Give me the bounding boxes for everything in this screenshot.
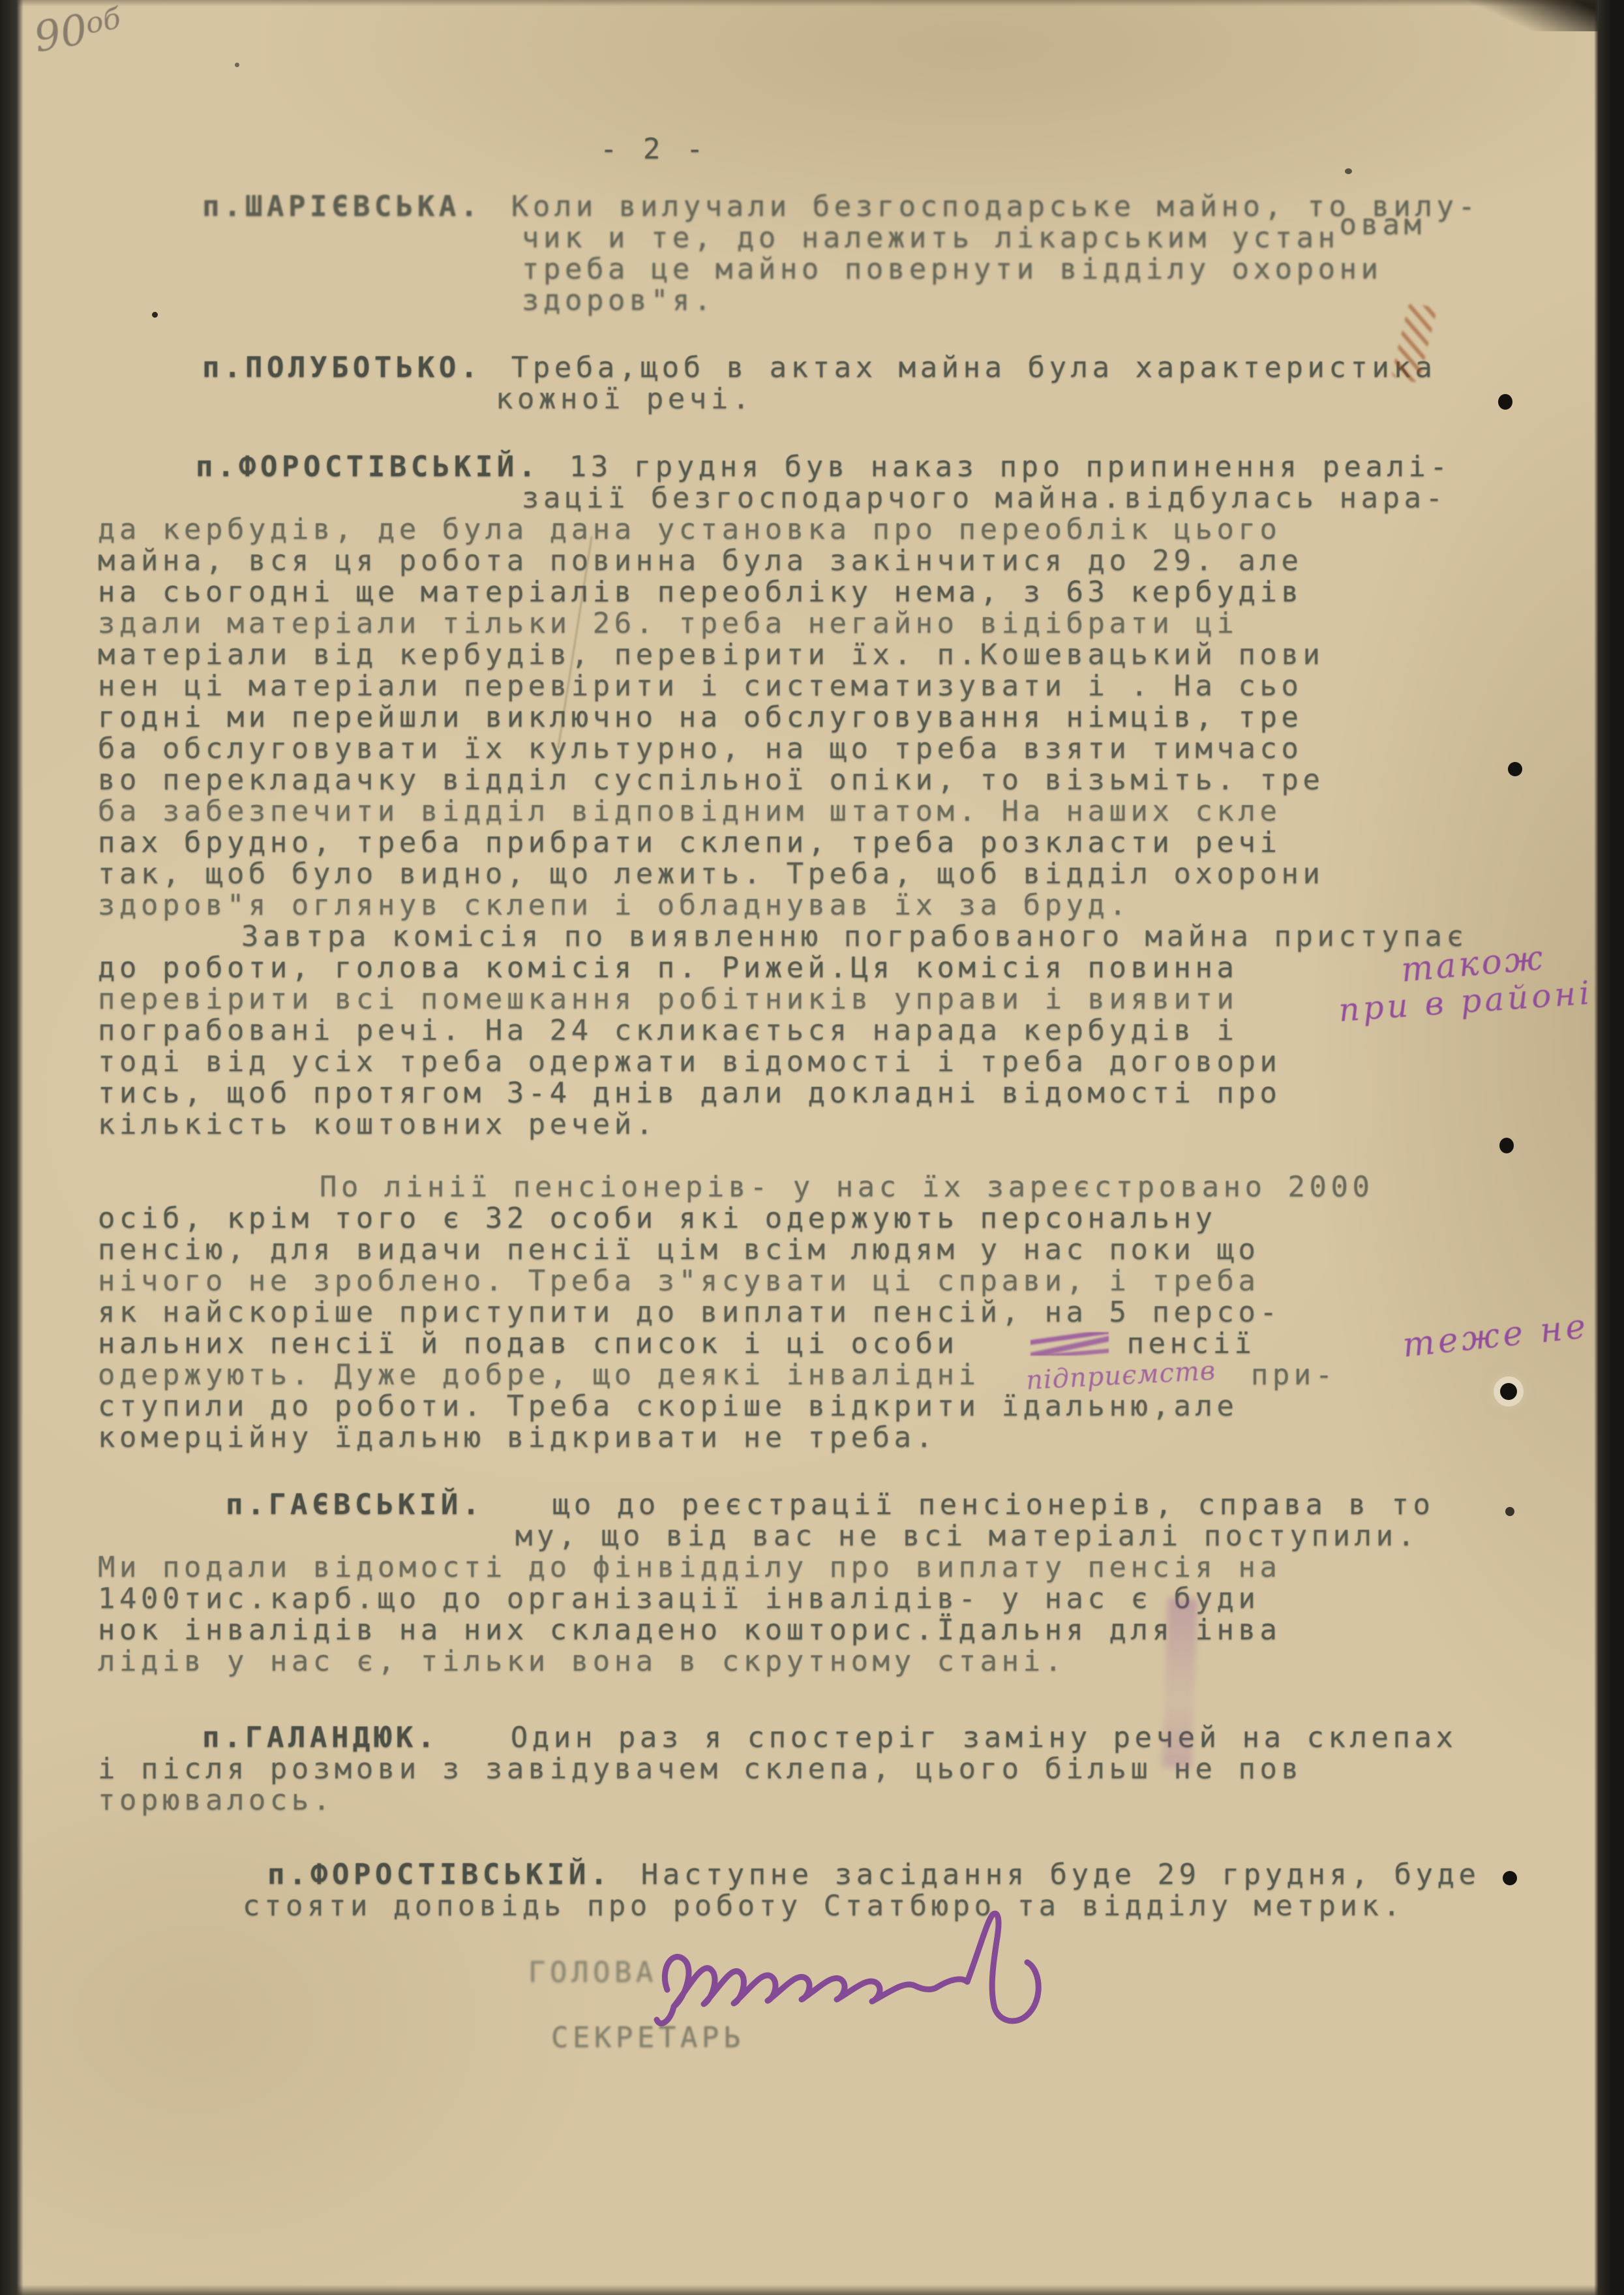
typewritten-text: одержують. Дуже добре, що деякі інвалідн… — [98, 1358, 980, 1391]
speech-line: му, що від вас не всі матеріалі поступил… — [515, 1521, 1585, 1552]
raised-typed-text: овам — [1340, 208, 1426, 241]
page-number: - 2 - — [600, 132, 708, 166]
speech-paragraph: п.ГАЛАНДЮК.Один раз я спостеріг заміну р… — [98, 1722, 1585, 1816]
typewritten-text: зації безгосподарчого майна.відбулась на… — [522, 481, 1447, 515]
speech-line: во перекладачку відділ суспільної опіки,… — [98, 765, 1585, 796]
punch-hole — [1508, 762, 1522, 776]
typewritten-text: кожної речі. — [496, 382, 754, 416]
punch-hole — [1500, 1383, 1517, 1400]
speech-line: матеріали від кербудів, перевірити їх. п… — [98, 639, 1585, 671]
typewritten-text: Наступне засідання буде 29 грудня, буде — [641, 1858, 1481, 1891]
typewritten-text-block: - 2 - п.ШАРІЄВСЬКА.Коли вилучали безгосп… — [98, 134, 1585, 2054]
typewritten-text: і після розмови з завідувачем склепа, ць… — [98, 1752, 1302, 1786]
typewritten-text: Треба,щоб в актах майна була характерист… — [511, 351, 1437, 384]
typewritten-text: пах брудно, треба прибрати склепи, треба… — [98, 826, 1281, 859]
speech-line: Ми подали відомості до фінвідділу про ви… — [98, 1552, 1585, 1583]
speech-line: 1400тис.карб.що до організації інвалідів… — [98, 1583, 1585, 1615]
speech-line: нок інвалідів на них складено кошторис.Ї… — [98, 1615, 1585, 1646]
typewritten-text: тись, щоб протягом 3-4 днів дали докладн… — [98, 1076, 1281, 1110]
speech-line: п.ФОРОСТІВСЬКІЙ.Наступне засідання буде … — [267, 1859, 1585, 1891]
punch-hole — [1503, 1871, 1517, 1885]
typewritten-text: пенсію, для видачи пенсії цім всім людям… — [98, 1233, 1259, 1266]
speech-paragraph: п.ШАРІЄВСЬКА.Коли вилучали безгосподарсь… — [98, 191, 1585, 316]
speech-line: пенсію, для видачи пенсії цім всім людям… — [98, 1234, 1585, 1266]
typewritten-text: нічого не зроблено. Треба з"ясувати ці с… — [98, 1264, 1259, 1298]
scan-edge-right — [1594, 0, 1624, 2295]
speech-line: майна, вся ця робота повинна була закінч… — [98, 545, 1585, 577]
speech-line: кількість коштовних речей. — [98, 1109, 1585, 1140]
speech-line: так, щоб було видно, що лежить. Треба, щ… — [98, 859, 1585, 890]
typewritten-text: нальних пенсії й подав список і ці особи — [98, 1327, 959, 1360]
typewritten-text: ступили до роботи. Треба скоріше відкрит… — [98, 1390, 1238, 1423]
speaker-name: п.ФОРОСТІВСЬКІЙ. — [267, 1858, 612, 1891]
typewritten-text: му, що від вас не всі матеріалі поступил… — [515, 1519, 1419, 1553]
typewritten-text: пенсії — [1127, 1327, 1256, 1360]
scanned-document-page: { "page": { "folio_number": "90", "folio… — [0, 0, 1624, 2295]
speaker-name: п.ГАЛАНДЮК. — [202, 1721, 439, 1754]
punch-hole — [1505, 1507, 1514, 1516]
folio-suffix: об — [83, 2, 123, 40]
typewritten-text: нок інвалідів на них складено кошторис.Ї… — [98, 1613, 1281, 1647]
typewritten-text: По лінії пенсіонерів- у нас їх зареєстро… — [320, 1170, 1374, 1204]
page-number-line: - 2 - — [98, 134, 1585, 165]
typewritten-text: так, щоб було видно, що лежить. Треба, щ… — [98, 857, 1324, 890]
speech-line: і після розмови з завідувачем склепа, ць… — [98, 1754, 1585, 1785]
speech-line: зації безгосподарчого майна.відбулась на… — [522, 483, 1585, 514]
speech-line: торювалось. — [98, 1785, 1585, 1816]
typewritten-text: во перекладачку відділ суспільної опіки,… — [98, 763, 1324, 797]
folio-number-handwritten: 90об — [31, 0, 126, 62]
speech-line: По лінії пенсіонерів- у нас їх зареєстро… — [320, 1172, 1585, 1203]
speech-paragraph: п.ГАЄВСЬКІЙ.що до реєстрації пенсіонерів… — [98, 1489, 1585, 1677]
typewritten-text: комерційну їдальню відкривати не треба. — [98, 1421, 937, 1454]
speech-line: пах брудно, треба прибрати склепи, треба… — [98, 827, 1585, 859]
punch-hole — [1499, 1138, 1514, 1153]
typewritten-text: перевірити всі помешкання робітників упр… — [98, 982, 1238, 1016]
speech-line: до роботи, голова комісія п. Рижей.Ця ко… — [98, 952, 1585, 984]
speaker-name: п.ФОРОСТІВСЬКІЙ. — [196, 450, 540, 483]
speech-paragraph: п.ФОРОСТІВСЬКІЙ.13 грудня був наказ про … — [98, 451, 1585, 1453]
speech-line: осіб, крім того є 32 особи які одержують… — [98, 1203, 1585, 1234]
typewritten-text: тоді від усіх треба одержати відомості і… — [98, 1045, 1281, 1078]
speech-line: чик и те, до належить лікарським установ… — [522, 222, 1585, 254]
punch-hole — [1498, 394, 1512, 410]
typewritten-text: ба забезпечити відділ відповідним штатом… — [98, 795, 1281, 828]
typewritten-text: годні ми перейшли виключно на обслуговув… — [98, 701, 1302, 734]
typewritten-text: торювалось. — [98, 1784, 335, 1817]
ink-speck — [235, 63, 239, 67]
speech-paragraphs: п.ШАРІЄВСЬКА.Коли вилучали безгосподарсь… — [98, 191, 1585, 1922]
speech-line: п.ПОЛУБОТЬКО.Треба,щоб в актах майна бул… — [202, 352, 1585, 384]
speech-line: ба обслуговувати їх культурно, на що тре… — [98, 733, 1585, 765]
typewritten-text: як найскоріше приступити до виплати пенс… — [98, 1296, 1281, 1329]
speech-line: комерційну їдальню відкривати не треба. — [98, 1422, 1585, 1453]
typewritten-text: пограбовані речі. На 24 скликається нара… — [98, 1014, 1238, 1047]
speaker-name: п.ГАЄВСЬКІЙ. — [226, 1488, 484, 1521]
ink-speck — [152, 312, 158, 318]
typewritten-text: треба це майно повернути відділу охорони — [522, 252, 1383, 286]
typewritten-text: при- — [1251, 1358, 1337, 1391]
speech-line: п.ФОРОСТІВСЬКІЙ.13 грудня був наказ про … — [196, 451, 1585, 483]
typewritten-text: Один раз я спостеріг заміну речей на скл… — [511, 1721, 1458, 1754]
typewritten-text: Коли вилучали безгосподарське майно, то … — [511, 190, 1480, 223]
speech-line: лідів у нас є, тільки вона в скрутному с… — [98, 1646, 1585, 1677]
typewritten-text: чик и те, до належить лікарським устан — [522, 221, 1340, 254]
typewritten-text: здоров"я. — [522, 284, 715, 317]
chairman-label: ГОЛОВА — [528, 1956, 657, 1989]
typewritten-text: кількість коштовних речей. — [98, 1108, 657, 1141]
scan-edge-top — [0, 0, 1624, 7]
speech-line: одержують. Дуже добре, що деякі інвалідн… — [98, 1360, 1585, 1391]
speech-line: Завтра комісія по виявленню пограбованог… — [241, 921, 1585, 952]
speech-line: нальних пенсії й подав список і ці особи… — [98, 1328, 1585, 1360]
typewritten-text: да кербудів, де була дана установка про … — [98, 513, 1281, 546]
typewritten-text: 13 грудня був наказ про припинення реалі… — [569, 450, 1452, 483]
speech-line: як найскоріше приступити до виплати пенс… — [98, 1297, 1585, 1328]
typewritten-text: 1400тис.карб.що до організації інвалідів… — [98, 1582, 1259, 1615]
typewritten-text: що до реєстрації пенсіонерів, справа в т… — [552, 1488, 1435, 1521]
speech-line — [98, 1140, 1585, 1172]
speech-line: здоров"я оглянув склепи і обладнував їх … — [98, 890, 1585, 921]
speech-line: нічого не зроблено. Треба з"ясувати ці с… — [98, 1266, 1585, 1297]
typewritten-text: осіб, крім того є 32 особи які одержують… — [98, 1202, 1217, 1235]
typewritten-text: нен ці матеріали перевірити і систематиз… — [98, 669, 1302, 703]
scan-edge-bottom — [0, 2285, 1624, 2295]
typewritten-text: до роботи, голова комісія п. Рижей.Ця ко… — [98, 951, 1238, 984]
speaker-name: п.ПОЛУБОТЬКО. — [202, 351, 482, 384]
speech-paragraph: п.ПОЛУБОТЬКО.Треба,щоб в актах майна бул… — [98, 352, 1585, 415]
speech-line: годні ми перейшли виключно на обслуговув… — [98, 702, 1585, 733]
chairman-signature — [642, 1892, 1099, 2042]
speech-line: да кербудів, де була дана установка про … — [98, 514, 1585, 545]
speech-line: п.ГАЛАНДЮК.Один раз я спостеріг заміну р… — [202, 1722, 1585, 1754]
scan-edge-left — [0, 0, 23, 2295]
typewritten-text: на сьогодні ще матеріалів переобліку нем… — [98, 575, 1302, 609]
typewritten-text: лідів у нас є, тільки вона в скрутному с… — [98, 1645, 1066, 1678]
speech-line: кожної речі. — [496, 384, 1585, 415]
speech-line: тись, щоб протягом 3-4 днів дали докладн… — [98, 1078, 1585, 1109]
typewritten-text: Ми подали відомості до фінвідділу про ви… — [98, 1551, 1281, 1584]
speech-line: треба це майно повернути відділу охорони — [522, 254, 1585, 285]
speech-line: ступили до роботи. Треба скоріше відкрит… — [98, 1391, 1585, 1422]
typewritten-text: Завтра комісія по виявленню пограбованог… — [241, 920, 1467, 953]
typewritten-text: матеріали від кербудів, перевірити їх. п… — [98, 638, 1324, 671]
purple-strikethrough-scribble — [1030, 1332, 1109, 1356]
speech-line: нен ці матеріали перевірити і систематиз… — [98, 671, 1585, 702]
speech-line: здали матеріали тільки 26. треба негайно… — [98, 608, 1585, 639]
speech-line: тоді від усіх треба одержати відомості і… — [98, 1046, 1585, 1078]
speech-line: п.ГАЄВСЬКІЙ.що до реєстрації пенсіонерів… — [226, 1489, 1585, 1521]
folio-number: 90 — [31, 5, 91, 62]
ink-speck — [1345, 168, 1352, 174]
purple-ink-smear — [1162, 1598, 1197, 1768]
speech-line: на сьогодні ще матеріалів переобліку нем… — [98, 577, 1585, 608]
speech-line: ба забезпечити відділ відповідним штатом… — [98, 796, 1585, 827]
typewritten-text: здали матеріали тільки 26. треба негайно… — [98, 607, 1238, 640]
typewritten-text: здоров"я оглянув склепи і обладнував їх … — [98, 889, 1131, 922]
typewritten-text: майна, вся ця робота повинна була закінч… — [98, 544, 1302, 577]
speaker-name: п.ШАРІЄВСЬКА. — [202, 190, 482, 223]
typewritten-text: ба обслуговувати їх культурно, на що тре… — [98, 732, 1302, 765]
